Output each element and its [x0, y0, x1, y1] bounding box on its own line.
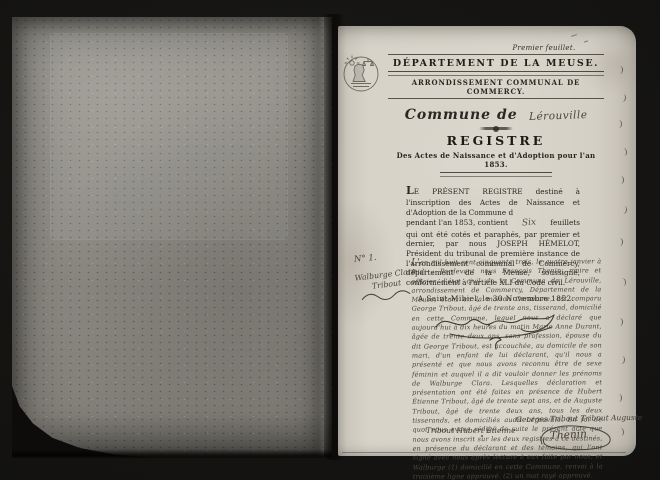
pencil-mark: [584, 40, 588, 42]
page-edge-mark: [620, 356, 626, 364]
page-edge-mark: [618, 238, 623, 246]
page-edge-mark: [618, 66, 623, 74]
ornament-divider: [479, 127, 513, 130]
witness-signatures-row2: Tribout Hubert Étienne: [426, 426, 546, 435]
pencil-mark: [571, 34, 577, 37]
register-subtitle: Des Actes de Naissance et d'Adoption pou…: [388, 151, 604, 169]
mayor-signature-name: Thenin: [550, 428, 587, 442]
sheet-number-note: Premier feuillet.: [388, 44, 604, 52]
revenue-stamp-icon: [341, 53, 381, 95]
divider-rule: [388, 98, 604, 99]
scanned-register-spread: Premier feuillet. DÉPARTEMENT DE LA MEUS…: [0, 0, 660, 480]
contient-label: pendant l'an 1853, contient: [406, 218, 508, 228]
commune-line: Commune de Lérouville: [388, 104, 604, 123]
book-cover-page: [12, 17, 332, 458]
page-edge-mark: [619, 428, 625, 436]
commune-label: Commune de: [405, 107, 518, 123]
divider-rule: [388, 54, 604, 55]
page-edge-mark: [617, 394, 622, 402]
feuillets-count-handwritten: Six: [522, 217, 537, 230]
page-edge-mark: [620, 278, 626, 287]
preamble-part1: LE PRÉSENT REGISTRE destiné à l'inscript…: [406, 184, 580, 218]
contient-row: pendant l'an 1853, contient Six feuillet…: [406, 218, 580, 230]
act-margin-note: N° 1. Walburge Clara Tribout: [354, 252, 418, 301]
mayor-signature: Thenin: [534, 420, 618, 454]
register-title: REGISTRE: [388, 133, 604, 148]
arrondissement-title: ARRONDISSEMENT COMMUNAL DE COMMERCY.: [388, 78, 604, 96]
department-title: DÉPARTEMENT DE LA MEUSE.: [388, 58, 604, 69]
page-edge-mark: [619, 176, 624, 184]
page-edge-mark: [622, 148, 628, 156]
divider-rule-double: [388, 71, 604, 76]
cover-discoloration-patch: [50, 33, 288, 240]
commune-name-handwritten: Lérouville: [529, 109, 588, 123]
page-bottom-edge: [342, 452, 626, 453]
cover-bottom-shadow: [12, 449, 332, 458]
page-edge-mark: [621, 206, 627, 215]
register-title-page: Premier feuillet. DÉPARTEMENT DE LA MEUS…: [338, 26, 636, 456]
divider-rule-short: [440, 172, 552, 177]
ink-speck: [488, 324, 490, 326]
page-edge-mark: [620, 94, 626, 103]
feuillets-label: feuillets: [550, 218, 580, 228]
act-number: N° 1.: [354, 249, 419, 265]
page-edge-mark: [617, 120, 622, 128]
cover-torn-corner: [12, 386, 162, 458]
page-edge-mark: [618, 318, 623, 326]
